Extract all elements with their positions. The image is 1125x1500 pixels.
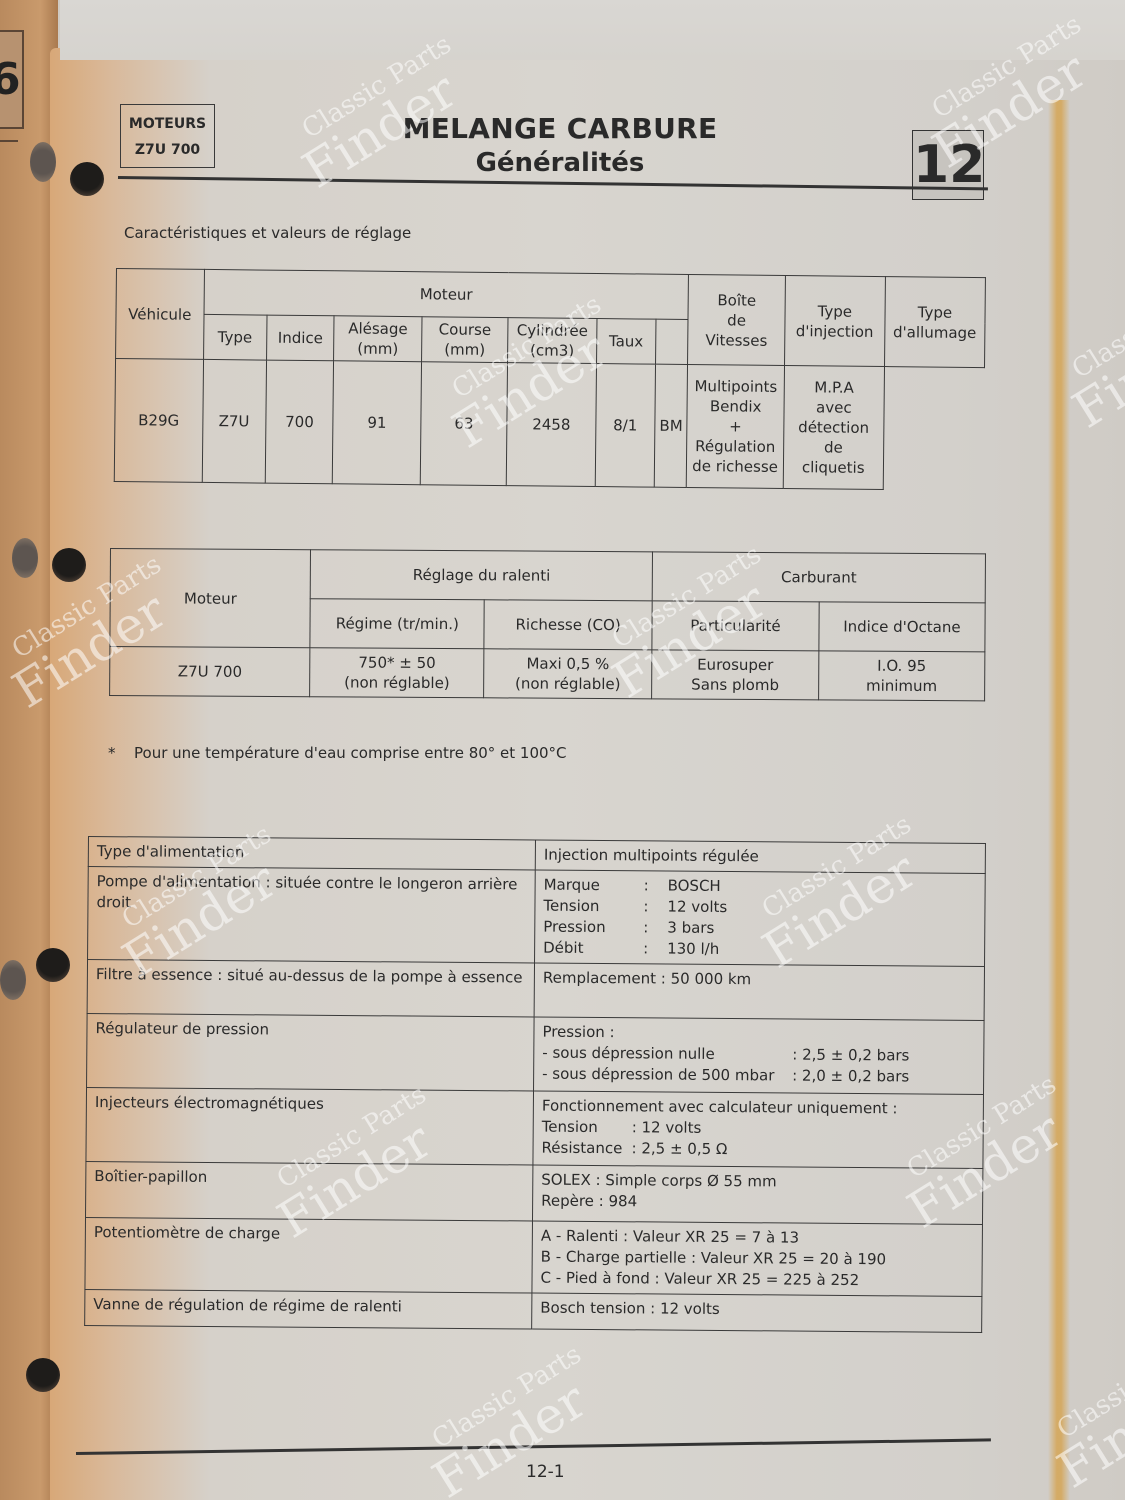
header-regime: Régime (tr/min.) <box>310 599 484 649</box>
header-type: Type <box>203 314 267 360</box>
page-number: 12-1 <box>526 1462 565 1482</box>
divider <box>0 140 18 142</box>
cell-vehicule: B29G <box>114 359 203 483</box>
table-row: Vanne de régulation de régime de ralenti… <box>85 1289 982 1332</box>
engine-specs-table: Véhicule Moteur BoîtedeVitesses Typed'in… <box>114 268 986 491</box>
cell-course: 63 <box>420 362 508 486</box>
header-moteur: Moteur <box>204 269 689 319</box>
cell-boite: BM <box>654 364 688 487</box>
binder-hole <box>0 960 26 1000</box>
header-reglage-ralenti: Réglage du ralenti <box>311 550 653 601</box>
binder-hole <box>36 948 70 982</box>
cell-type-allumage: M.P.Aavecdétectiondecliquetis <box>783 366 884 490</box>
cell-richesse: Maxi 0,5 %(non réglable) <box>484 649 652 699</box>
header-particularite: Particularité <box>652 601 819 651</box>
previous-page-tab: 6 <box>0 30 24 129</box>
header-course: Course(mm) <box>421 317 508 363</box>
binder-hole <box>12 538 38 578</box>
idle-fuel-table: Moteur Réglage du ralenti Carburant Régi… <box>109 548 986 701</box>
footnote: *Pour une température d'eau comprise ent… <box>108 744 567 762</box>
header-octane: Indice d'Octane <box>819 602 985 652</box>
header-type-allumage: Typed'allumage <box>884 277 985 368</box>
section-label: Caractéristiques et valeurs de réglage <box>124 224 411 242</box>
cell-indice: 700 <box>265 360 334 484</box>
cell-cylindree: 2458 <box>507 363 597 487</box>
table-row: Z7U 700 750* ± 50(non réglable) Maxi 0,5… <box>110 647 985 701</box>
cell-regime: 750* ± 50(non réglable) <box>310 648 484 698</box>
row-value: SOLEX : Simple corps Ø 55 mm Repère : 98… <box>532 1165 982 1225</box>
header-cylindree: Cylindrée(cm3) <box>508 318 597 364</box>
table-row: Injecteurs électromagnétiques Fonctionne… <box>86 1087 984 1168</box>
cell-type: Z7U <box>202 359 266 483</box>
header-vehicule: Véhicule <box>116 269 205 360</box>
table-row: B29G Z7U 700 91 63 2458 8/1 BM Multipoin… <box>114 359 984 491</box>
row-label: Pompe d'alimentation : située contre le … <box>88 867 536 964</box>
header-indice: Indice <box>266 315 334 361</box>
row-label: Potentiomètre de charge <box>85 1217 533 1293</box>
header-richesse: Richesse (CO) <box>484 600 652 650</box>
engine-box-line: Z7U 700 <box>121 137 214 163</box>
binder-hole <box>52 548 86 582</box>
page-top-background <box>60 0 1125 60</box>
engine-box-line: MOTEURS <box>121 111 214 137</box>
binder-hole <box>26 1358 60 1392</box>
row-label: Boîtier-papillon <box>86 1161 533 1221</box>
table-row: Régulateur de pression Pression : - sous… <box>87 1013 985 1094</box>
table-row: Filtre à essence : situé au-dessus de la… <box>87 960 984 1021</box>
cell-taux: 8/1 <box>595 364 656 488</box>
row-label: Injecteurs électromagnétiques <box>86 1087 534 1165</box>
cell-particularite: EurosuperSans plomb <box>652 650 819 700</box>
row-value: A - Ralenti : Valeur XR 25 = 7 à 13 B - … <box>532 1221 983 1297</box>
row-value: Marque:BOSCH Tension:12 volts Pression:3… <box>535 870 986 967</box>
row-value: Bosch tension : 12 volts <box>532 1293 982 1333</box>
cell-octane: I.O. 95minimum <box>818 651 984 701</box>
page-subtitle: Généralités <box>350 148 770 178</box>
header-alesage: Alésage(mm) <box>334 316 422 362</box>
row-value: Remplacement : 50 000 km <box>534 963 984 1021</box>
table-row: Boîtier-papillon SOLEX : Simple corps Ø … <box>86 1161 983 1224</box>
footnote-text: Pour une température d'eau comprise entr… <box>134 744 567 762</box>
table-row: Pompe d'alimentation : située contre le … <box>88 867 986 967</box>
binder-hole <box>70 162 104 196</box>
row-label: Vanne de régulation de régime de ralenti <box>85 1289 532 1329</box>
engine-box: MOTEURS Z7U 700 <box>120 104 215 168</box>
next-page-edge <box>1048 100 1070 1500</box>
row-label: Filtre à essence : situé au-dessus de la… <box>87 960 534 1018</box>
header-taux: Taux <box>596 319 656 365</box>
fuel-system-table: Type d'alimentation Injection multipoint… <box>84 836 986 1333</box>
page-title: MELANGE CARBURE <box>350 112 770 145</box>
cell-alesage: 91 <box>333 361 422 485</box>
row-value: Injection multipoints régulée <box>535 840 985 874</box>
cell-type-injection: MultipointsBendix+Régulationde richesse <box>687 364 785 488</box>
row-label: Type d'alimentation <box>88 837 535 871</box>
footnote-marker: * <box>108 744 134 762</box>
table-row: Potentiomètre de charge A - Ralenti : Va… <box>85 1217 983 1296</box>
header-type-injection: Typed'injection <box>784 276 885 367</box>
header-boite: BoîtedeVitesses <box>688 274 785 365</box>
row-value: Pression : - sous dépression nulle: 2,5 … <box>534 1017 985 1095</box>
row-label: Régulateur de pression <box>87 1013 535 1091</box>
row-value: Fonctionnement avec calculateur uniqueme… <box>533 1091 984 1169</box>
header-moteur: Moteur <box>110 549 311 648</box>
binder-hole <box>30 142 56 182</box>
cell-moteur: Z7U 700 <box>110 647 311 697</box>
header-carburant: Carburant <box>652 552 985 603</box>
